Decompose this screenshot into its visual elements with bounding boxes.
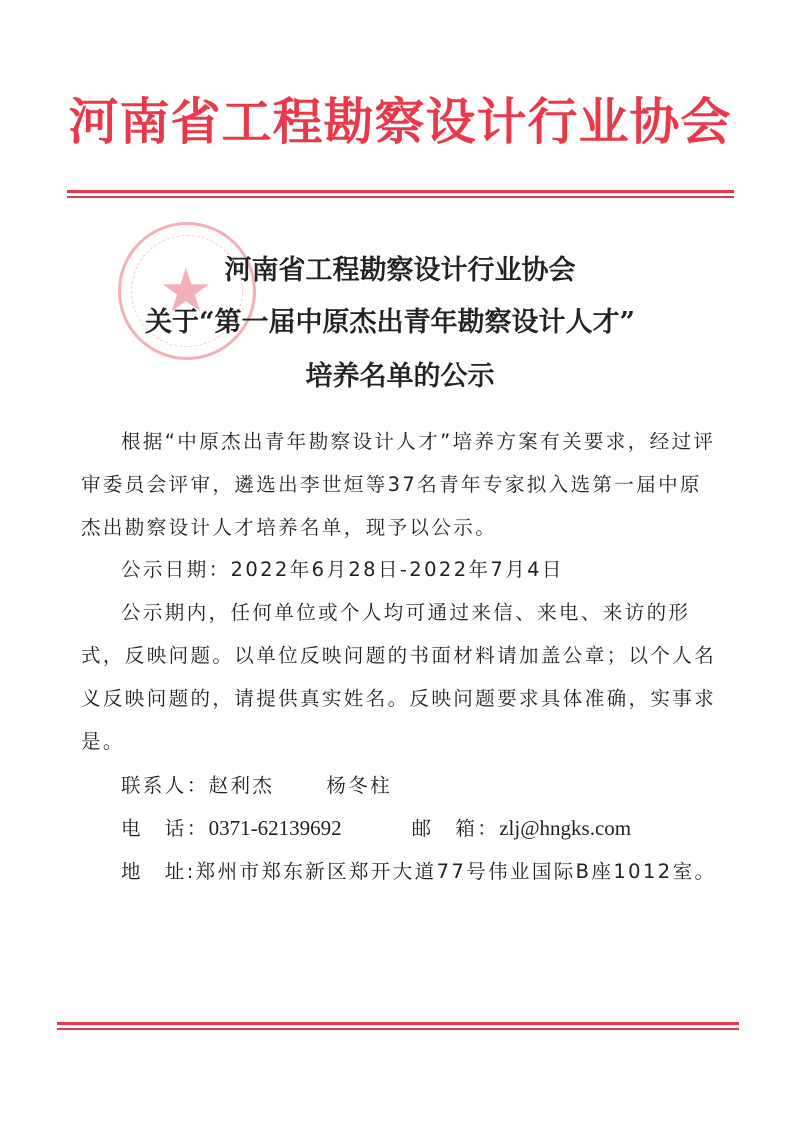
footer-divider	[57, 1022, 739, 1030]
contact-name-2: 杨冬柱	[326, 774, 392, 797]
phone-number: 0371-62139692	[209, 816, 342, 840]
intro-text: 根据“中原杰出青年勘察设计人才”培养方案有关要求，经过评审委员会评审，遴选出李世…	[81, 430, 715, 539]
address-label: 地 址:	[121, 860, 196, 883]
period-label: 公示日期：	[121, 558, 231, 581]
notice-title-line-3: 培养名单的公示	[0, 360, 800, 394]
contact-persons: 联系人：赵利杰杨冬柱	[81, 764, 721, 807]
contact-name-1: 赵利杰	[209, 774, 275, 797]
feedback-text: 公示期内，任何单位或个人均可通过来信、来电、来访的形式，反映问题。以单位反映问题…	[81, 601, 716, 753]
letterhead-divider	[67, 190, 734, 198]
period-value: 2022年6月28日-2022年7月4日	[231, 558, 564, 581]
contact-address: 地 址:郑州市郑东新区郑开大道77号伟业国际B座1012室。	[81, 850, 721, 893]
contact-phone-email: 电 话：0371-62139692邮 箱：zlj@hngks.com	[81, 807, 721, 850]
contacts-label: 联系人：	[121, 774, 209, 797]
notice-title-line-2: 关于“第一届中原杰出青年勘察设计人才”	[0, 306, 790, 340]
body-paragraph-feedback: 公示期内，任何单位或个人均可通过来信、来电、来访的形式，反映问题。以单位反映问题…	[81, 591, 721, 763]
email-label: 邮 箱：	[412, 817, 500, 840]
publicity-period: 公示日期：2022年6月28日-2022年7月4日	[81, 548, 721, 591]
body-paragraph-intro: 根据“中原杰出青年勘察设计人才”培养方案有关要求，经过评审委员会评审，遴选出李世…	[81, 420, 721, 549]
notice-title-line-1: 河南省工程勘察设计行业协会	[0, 254, 800, 288]
email-address[interactable]: zlj@hngks.com	[499, 816, 631, 840]
letterhead-title: 河南省工程勘察设计行业协会	[0, 92, 800, 152]
phone-label: 电 话：	[121, 817, 209, 840]
address-value: 郑州市郑东新区郑开大道77号伟业国际B座1012室。	[196, 860, 717, 883]
